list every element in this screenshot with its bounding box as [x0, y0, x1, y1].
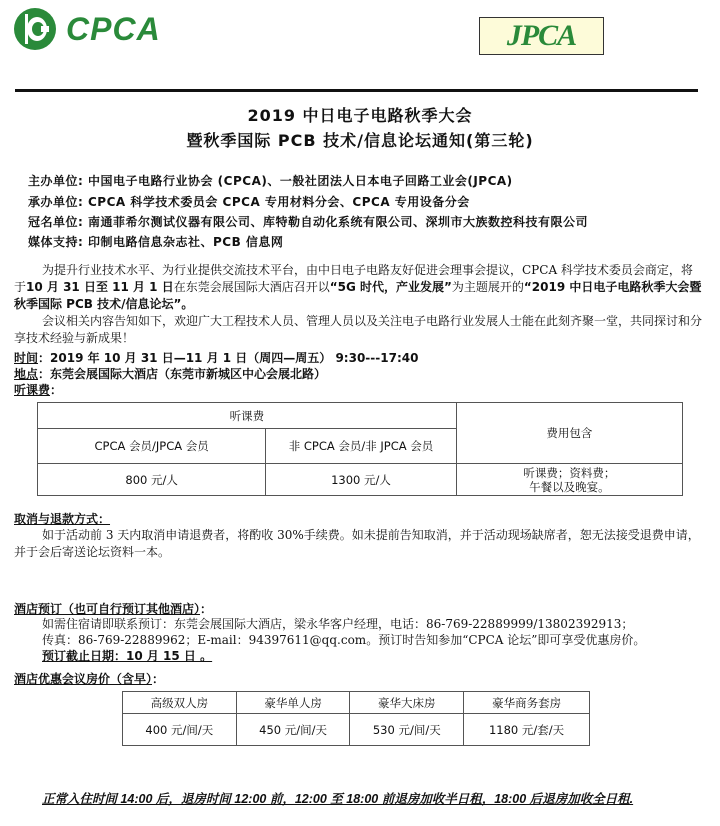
member-price: 800 元/人 — [38, 464, 266, 496]
hotel-booking-label: 酒店预订（也可自行预订其他酒店）： — [14, 601, 212, 617]
fee-label: 听课费： — [14, 382, 62, 398]
hotel-contact-line-2: 传真：86-769-22889962；E-mail：94397611@qq.co… — [42, 632, 712, 649]
organizer-host: 主办单位: 中国电子电路行业协会 (CPCA)、一般社团法人日本电子回路工业会(… — [28, 172, 513, 189]
header-divider — [15, 89, 698, 92]
room-price: 530 元/间/天 — [350, 714, 464, 746]
checkin-policy-note: 正常入住时间 14:00 后，退房时间 12:00 前，12:00 至 18:0… — [14, 791, 704, 808]
refund-label: 取消与退款方式： — [14, 511, 110, 527]
room-type-header: 豪华单人房 — [236, 692, 350, 714]
jpca-logo: JPCA — [479, 17, 604, 55]
organizer-media: 媒体支持: 印制电路信息杂志社、PCB 信息网 — [28, 233, 283, 250]
cpca-logo: CPCA — [14, 5, 170, 53]
non-member-column-header: 非 CPCA 会员/非 JPCA 会员 — [266, 429, 456, 464]
room-rates-label: 酒店优惠会议房价（含早）： — [14, 671, 164, 687]
room-type-header: 高级双人房 — [123, 692, 237, 714]
booking-deadline: 预订截止日期：10 月 15 日 。 — [42, 648, 212, 664]
room-price: 400 元/间/天 — [123, 714, 237, 746]
cpca-emblem-icon — [14, 8, 56, 50]
document-title-line2: 暨秋季国际 PCB 技术/信息论坛通知(第三轮) — [0, 128, 720, 151]
refund-policy: 如于活动前 3 天内取消申请退费者，将酌收 30%手续费。如未提前告知取消，并于… — [14, 527, 704, 561]
organizer-sponsor: 冠名单位: 南通菲希尔测试仪器有限公司、库特勒自动化系统有限公司、深圳市大族数控… — [28, 213, 588, 230]
event-time: 时间：2019 年 10 月 31 日—11 月 1 日（周四—周五） 9:30… — [14, 350, 418, 366]
fee-table: 听课费 费用包含 CPCA 会员/JPCA 会员 非 CPCA 会员/非 JPC… — [37, 402, 683, 496]
fee-includes-header: 费用包含 — [456, 403, 682, 464]
hotel-contact-line: 如需住宿请即联系预订：东莞会展国际大酒店，梁永华客户经理，电话：86-769-2… — [42, 616, 712, 633]
intro-paragraph: 为提升行业技术水平、为行业提供交流技术平台，由中日电子电路友好促进会理事会提议，… — [14, 262, 704, 313]
fee-group-header: 听课费 — [38, 403, 457, 429]
member-column-header: CPCA 会员/JPCA 会员 — [38, 429, 266, 464]
event-place: 地点：东莞会展国际大酒店（东莞市新城区中心会展北路） — [14, 366, 326, 382]
organizer-undertaker: 承办单位: CPCA 科学技术委员会 CPCA 专用材料分会、CPCA 专用设备… — [28, 193, 470, 210]
intro-paragraph-2: 会议相关内容告知如下，欢迎广大工程技术人员、管理人员以及关注电子电路行业发展人士… — [14, 313, 704, 347]
room-type-header: 豪华大床房 — [350, 692, 464, 714]
room-type-header: 豪华商务套房 — [464, 692, 590, 714]
room-price: 1180 元/套/天 — [464, 714, 590, 746]
document-title-line1: 2019 中日电子电路秋季大会 — [0, 103, 720, 126]
jpca-logo-text: JPCA — [507, 19, 576, 53]
room-rates-table: 高级双人房 豪华单人房 豪华大床房 豪华商务套房 400 元/间/天 450 元… — [122, 691, 590, 746]
cpca-logo-text: CPCA — [66, 11, 161, 48]
room-price: 450 元/间/天 — [236, 714, 350, 746]
fee-includes-value: 听课费；资料费；午餐以及晚宴。 — [456, 464, 682, 496]
non-member-price: 1300 元/人 — [266, 464, 456, 496]
